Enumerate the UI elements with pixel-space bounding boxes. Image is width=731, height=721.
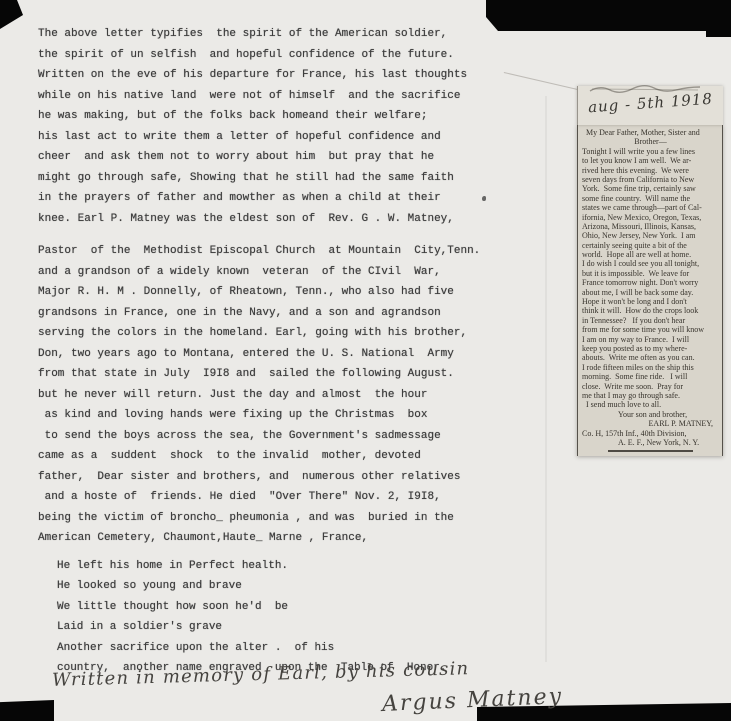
clipping-signature-line: EARL P. MATNEY, [582, 419, 719, 428]
clipping-body-line: York. Some fine trip, certainly saw [582, 184, 719, 193]
typed-line: in the prayers of father and mowther as … [38, 188, 518, 209]
typed-line: father, Dear sister and brothers, and nu… [38, 467, 518, 488]
poem-line: Another sacrifice upon the alter . of hi… [57, 638, 518, 659]
typed-line: grandsons in France, one in the Navy, an… [38, 303, 518, 324]
clipping-body-line: world. Hope all are well at home. [582, 250, 719, 259]
typed-line: Don, two years ago to Montana, entered t… [38, 344, 518, 365]
clipping-body-line: some fine country. Will name the [582, 194, 719, 203]
clipping-body-line: seven days from California to New [582, 175, 719, 184]
clipping-unit-line: Co. H, 157th Inf., 40th Division, [582, 429, 719, 438]
clipping-body-line: morning. Some fine ride. I will [582, 372, 719, 381]
clipping-closing-line: I send much love to all. [582, 400, 719, 409]
clipping-salutation-line: Brother— [582, 137, 719, 146]
clipping-body-line: states we came through—part of Cal- [582, 203, 719, 212]
typed-line: serving the colors in the homeland. Earl… [38, 323, 518, 344]
scanner-bed-band-right-edge [706, 29, 731, 37]
typed-line: Pastor of the Methodist Episcopal Church… [38, 241, 518, 262]
typed-line: but he never will return. Just the day a… [38, 385, 518, 406]
clipping-body-line: keep you posted as to my where- [582, 344, 719, 353]
clipping-body-line: Ohio, New Jersey, New York. I am [582, 231, 719, 240]
clipping-body-line: from me for some time you will know [582, 325, 719, 334]
typed-line: to send the boys across the sea, the Gov… [38, 426, 518, 447]
clipping-body-line: in Tennessee? If you don't hear [582, 316, 719, 325]
clipping-body: Tonight I will write you a few linesto l… [582, 147, 719, 401]
typed-paragraph-2: Pastor of the Methodist Episcopal Church… [38, 241, 518, 549]
typed-line: American Cemetery, Chaumont,Haute_ Marne… [38, 528, 518, 549]
scanned-memorial-page: The above letter typifies the spirit of … [0, 0, 731, 721]
clipping-body-line: about me, I will be back some day. [582, 288, 719, 297]
typed-line: knee. Earl P. Matney was the eldest son … [38, 209, 518, 230]
typed-line: while on his native land were not of him… [38, 86, 518, 107]
typed-line: The above letter typifies the spirit of … [38, 24, 518, 45]
poem-line: He left his home in Perfect health. [57, 556, 518, 577]
typed-line: being the victim of broncho_ pheumonia ,… [38, 508, 518, 529]
clipping-body-line: I rode fifteen miles on the ship this [582, 363, 719, 372]
scanner-bed-band-top-right [486, 0, 731, 31]
scanner-bed-band-bottom-left [0, 700, 54, 721]
clipping-body-line: rived here this evening. We were [582, 166, 719, 175]
typed-line: from that state in July I9I8 and sailed … [38, 364, 518, 385]
clipping-body-line: I do wish I could see you all tonight, [582, 259, 719, 268]
poem-line: He looked so young and brave [57, 576, 518, 597]
clipping-body-line: Arizona, Missouri, Illinois, Kansas, [582, 222, 719, 231]
typed-line: Written on the eve of his departure for … [38, 65, 518, 86]
scanner-bed-corner-top-left [0, 0, 26, 31]
clipping-body-line: think it will. How do the crops look [582, 306, 719, 315]
clipping-letter-text: My Dear Father, Mother, Sister and Broth… [577, 125, 723, 456]
clipping-body-line: abouts. Write me often as you can. [582, 353, 719, 362]
clipping-body-line: France tomorrow night. Don't worry [582, 278, 719, 287]
clipping-body-line: close. Write me soon. Pray for [582, 382, 719, 391]
typed-line: might go through safe, Showing that he s… [38, 168, 518, 189]
page-edge-shadow [545, 96, 547, 662]
clipping-end-rule [608, 450, 693, 452]
typed-line: and a grandson of a widely known veteran… [38, 262, 518, 283]
clipping-body-line: certainly seeing quite a bit of the [582, 241, 719, 250]
poem-line: Laid in a soldier's grave [57, 617, 518, 638]
clipping-body-line: I am on my way to France. I will [582, 335, 719, 344]
clipping-body-line: me that I may go through safe. [582, 391, 719, 400]
clipping-body-line: to let you know I am well. We ar- [582, 156, 719, 165]
typed-line: and a hoste of friends. He died "Over Th… [38, 487, 518, 508]
newspaper-clipping: aug - 5th 1918 My Dear Father, Mother, S… [577, 86, 723, 456]
poem-line: We little thought how soon he'd be [57, 597, 518, 618]
clipping-body-line: but it is impossible. We leave for [582, 269, 719, 278]
clipping-body-line: Hope it won't be long and I don't [582, 297, 719, 306]
typed-line: he was making, but of the folks back hom… [38, 106, 518, 127]
clipping-body-line: Tonight I will write you a few lines [582, 147, 719, 156]
typed-line: Major R. H. M . Donnelly, of Rheatown, T… [38, 282, 518, 303]
clipping-aef-line: A. E. F., New York, N. Y. [582, 438, 719, 447]
typed-line: as kind and loving hands were fixing up … [38, 405, 518, 426]
clipping-closing-line: Your son and brother, [582, 410, 719, 419]
typed-text-block: The above letter typifies the spirit of … [38, 24, 518, 679]
clipping-body-line: ifornia, New Mexico, Oregon, Texas, [582, 213, 719, 222]
clipping-salutation-line: My Dear Father, Mother, Sister and [582, 128, 719, 137]
clipping-top-margin: aug - 5th 1918 [577, 86, 723, 125]
typed-line: the spirit of un selfish and hopeful con… [38, 45, 518, 66]
typed-line: cheer and ask them not to worry about hi… [38, 147, 518, 168]
typed-paragraph-1: The above letter typifies the spirit of … [38, 24, 518, 229]
typed-line: came as a suddent shock to the invalid m… [38, 446, 518, 467]
typed-line: his last act to write them a letter of h… [38, 127, 518, 148]
